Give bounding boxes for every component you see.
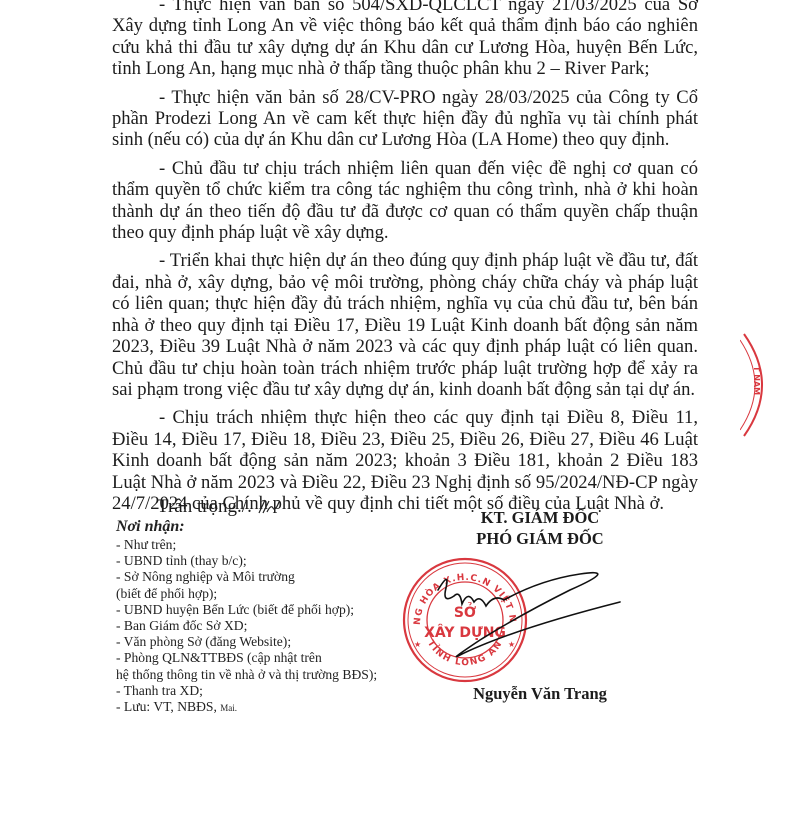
- signer-name: Nguyễn Văn Trang: [440, 684, 640, 704]
- recipient-item: - Văn phòng Sở (đăng Website);: [116, 634, 416, 650]
- recipient-item: - Phòng QLN&TTBĐS (cập nhật trên: [116, 650, 416, 666]
- signature-title-line2: PHÓ GIÁM ĐỐC: [440, 528, 640, 549]
- closing-salutation: Trân trọng./.: [157, 496, 283, 518]
- signature-title-block: KT. GIÁM ĐỐC PHÓ GIÁM ĐỐC: [440, 507, 640, 549]
- recipient-initials: Mai.: [220, 703, 237, 713]
- recipient-item: - Thanh tra XD;: [116, 683, 416, 699]
- recipient-item: hệ thống thông tin về nhà ở và thị trườn…: [116, 667, 416, 683]
- handwritten-signature-icon: [420, 560, 630, 670]
- paragraph-investor-responsibility: - Chủ đầu tư chịu trách nhiệm liên quan …: [112, 158, 698, 244]
- recipient-item: - UBND tỉnh (thay b/c);: [116, 553, 416, 569]
- recipient-item: - UBND huyện Bến Lức (biết để phối hợp);: [116, 602, 416, 618]
- paragraph-document-504: - Thực hiện văn bản số 504/SXD-QLCLCT ng…: [112, 0, 698, 80]
- recipient-item: - Như trên;: [116, 537, 416, 553]
- recipient-archive: - Lưu: VT, NBĐS,: [116, 699, 217, 714]
- recipient-item: (biết để phối hợp);: [116, 586, 416, 602]
- initials-scribble-icon: [257, 498, 283, 514]
- paragraph-document-28: - Thực hiện văn bản số 28/CV-PRO ngày 28…: [112, 87, 698, 151]
- document-page: - Thực hiện văn bản số 504/SXD-QLCLCT ng…: [0, 0, 788, 830]
- recipient-item: - Sở Nông nghiệp và Môi trường: [116, 569, 416, 585]
- recipients-list: Nơi nhận: - Như trên; - UBND tỉnh (thay …: [116, 518, 416, 716]
- recipient-item: - Ban Giám đốc Sở XD;: [116, 618, 416, 634]
- document-body: - Thực hiện văn bản số 504/SXD-QLCLCT ng…: [112, 0, 698, 521]
- partial-seal-text: T NAM: [752, 366, 761, 395]
- recipients-title: Nơi nhận:: [116, 518, 416, 536]
- paragraph-project-implementation: - Triển khai thực hiện dự án theo đúng q…: [112, 250, 698, 400]
- partial-seal-icon: T NAM: [740, 330, 788, 440]
- closing-text: Trân trọng./.: [157, 496, 252, 517]
- recipient-item: - Lưu: VT, NBĐS, Mai.: [116, 699, 416, 716]
- signature-title-line1: KT. GIÁM ĐỐC: [440, 507, 640, 528]
